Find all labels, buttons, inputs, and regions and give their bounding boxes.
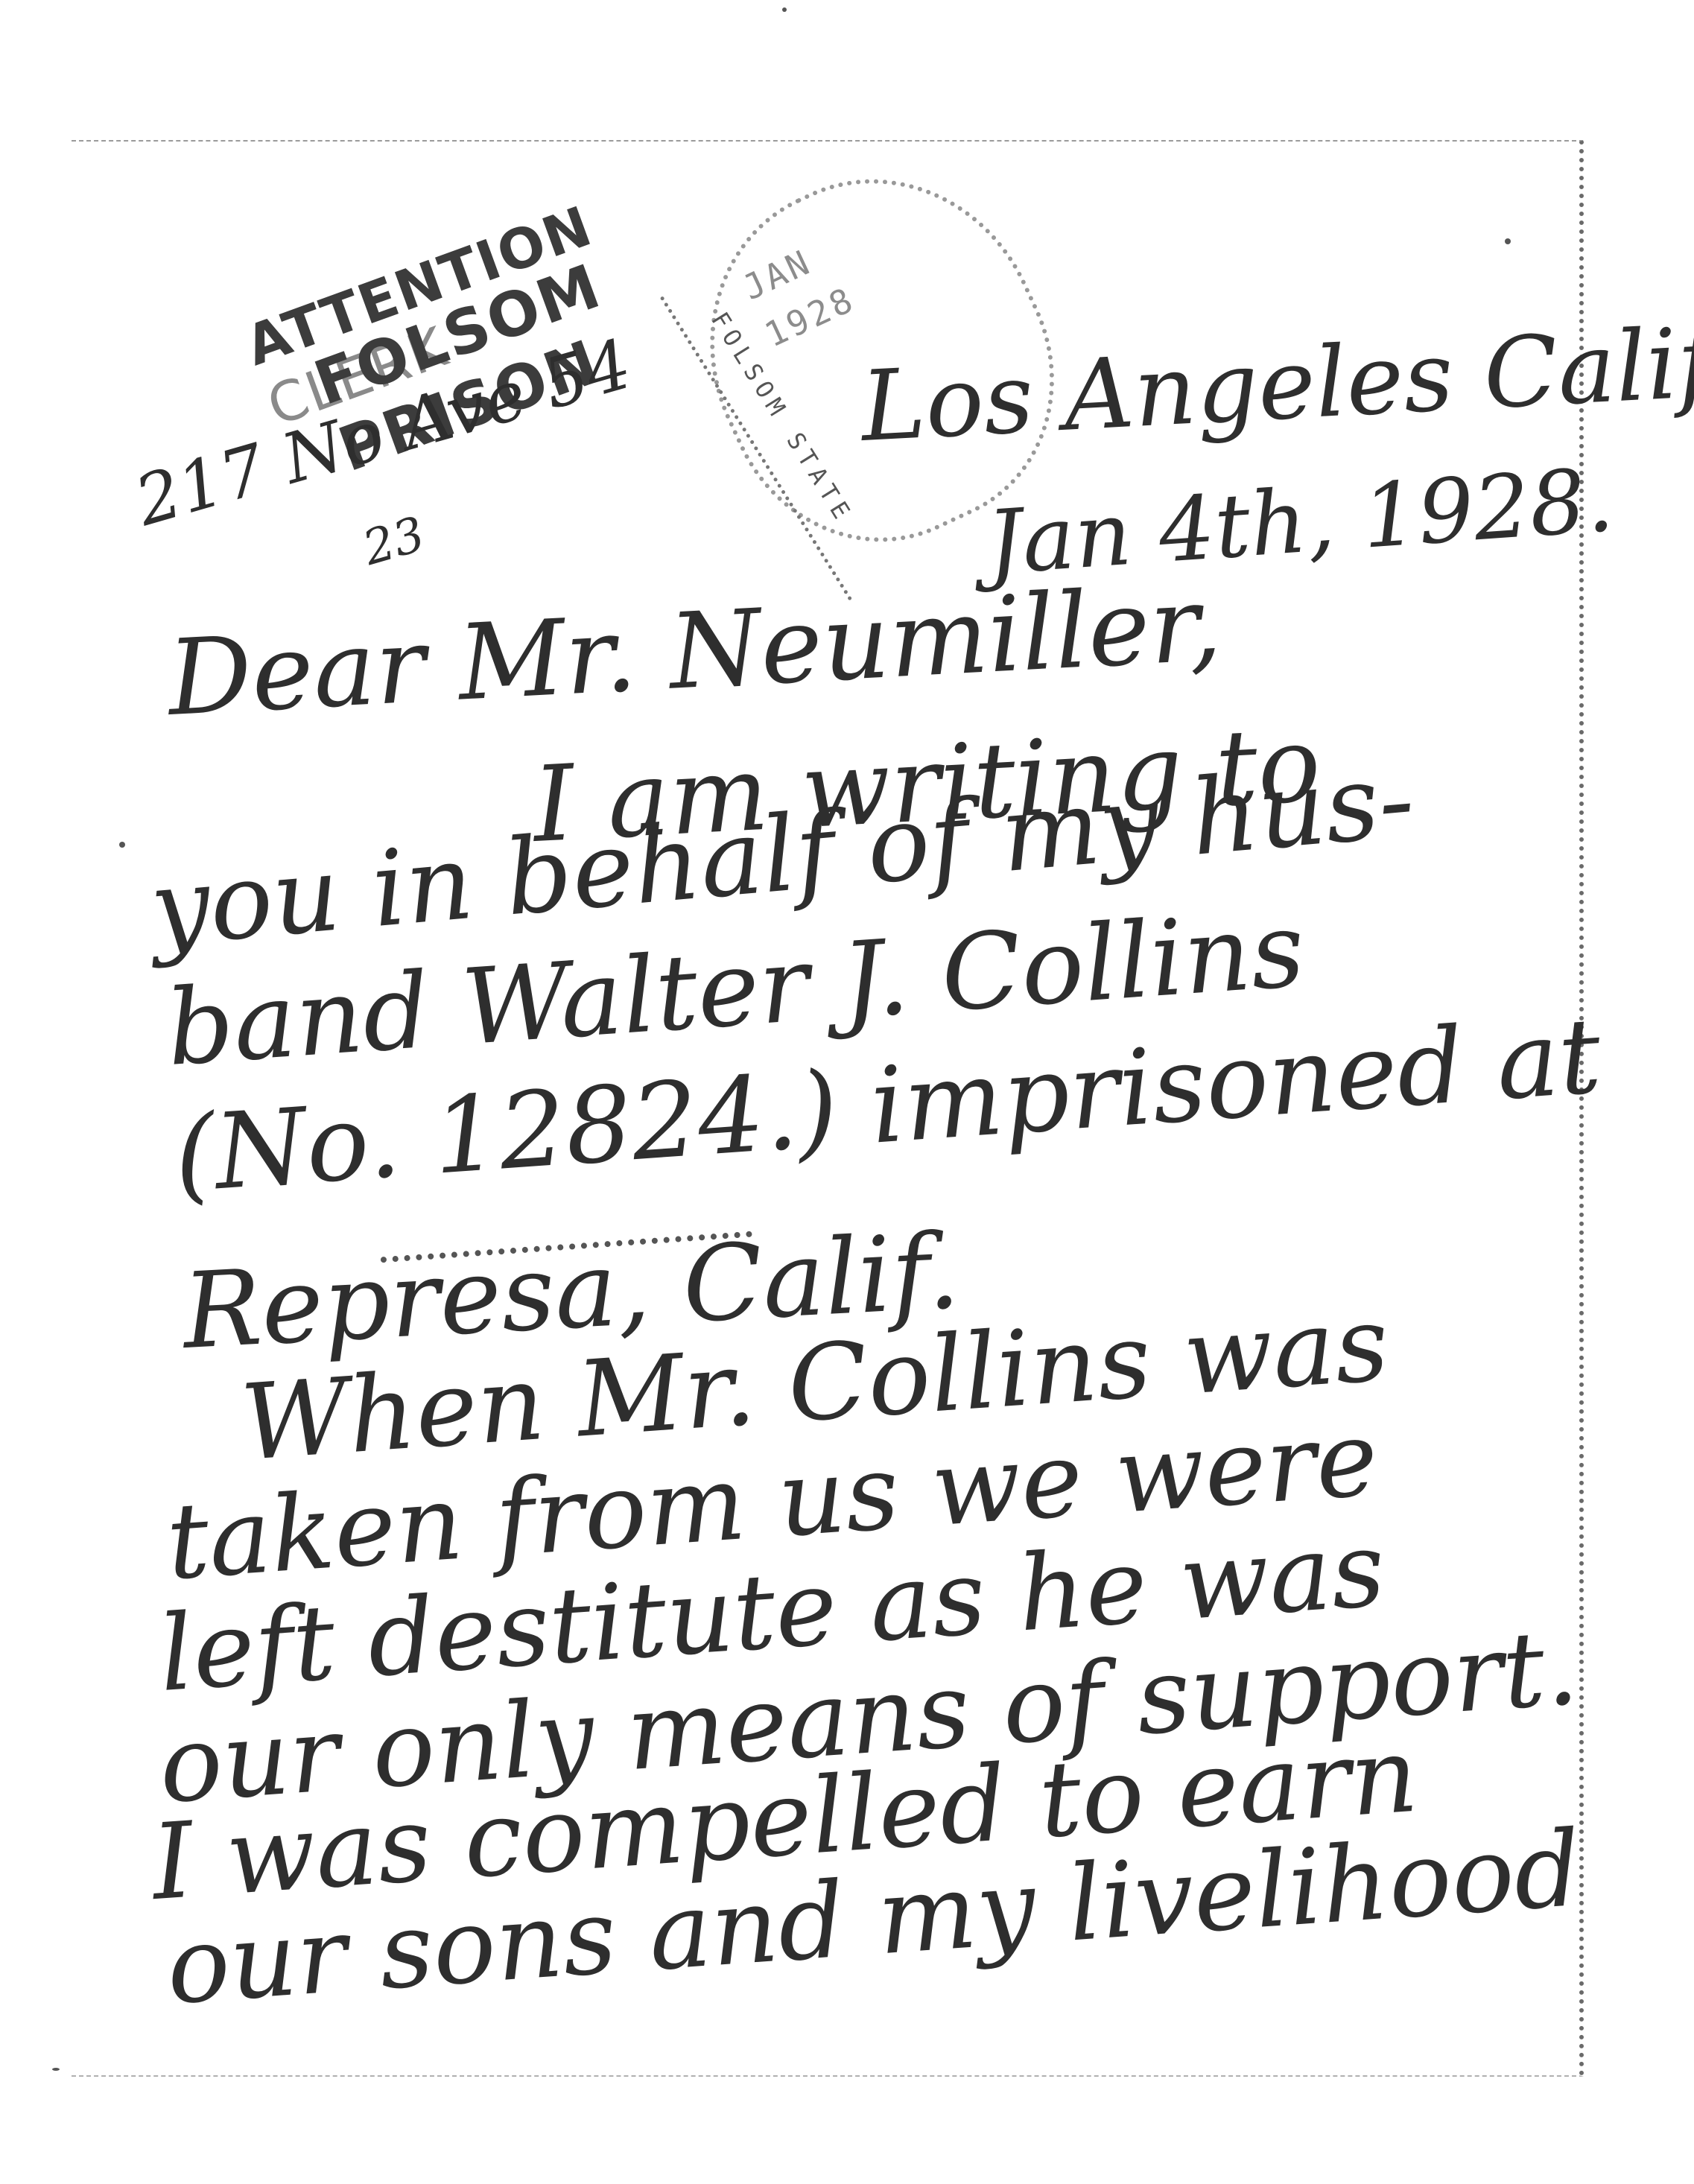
scan-speck xyxy=(1505,238,1511,244)
scan-speck xyxy=(52,2068,60,2071)
postmark-text: JAN 1928 xyxy=(734,226,863,361)
scan-speck xyxy=(782,7,787,12)
scan-speck xyxy=(119,842,125,848)
